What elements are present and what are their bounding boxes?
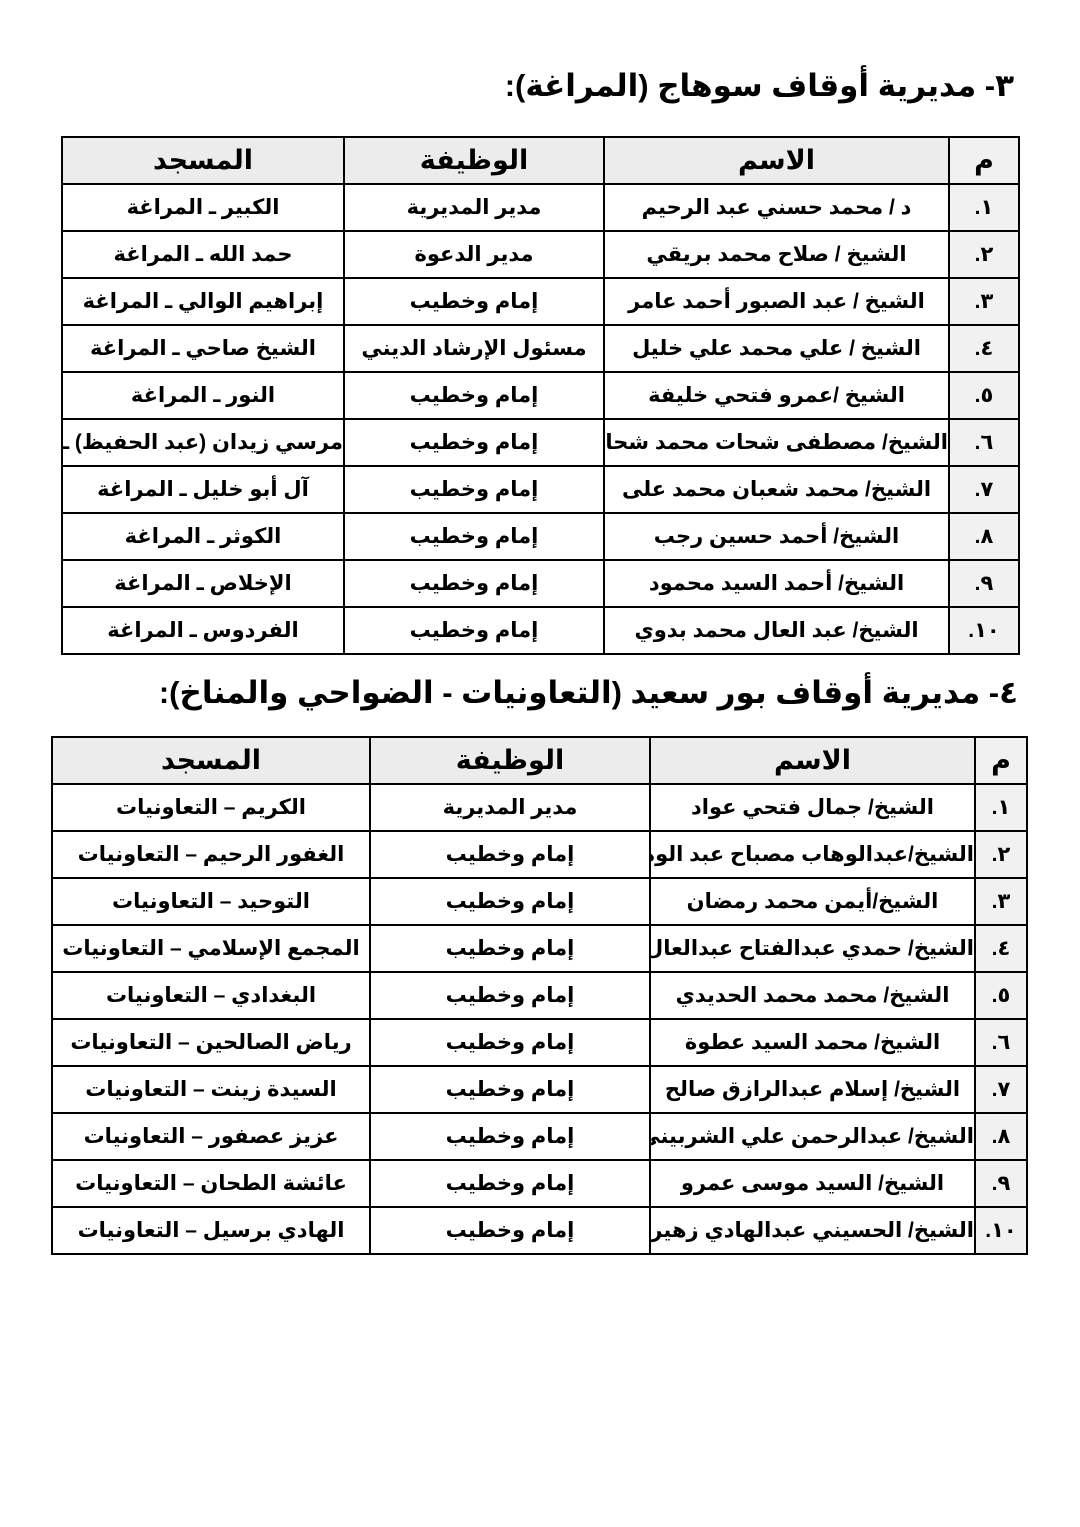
job-title: إمام وخطيب	[344, 466, 604, 513]
job-title: إمام وخطيب	[370, 878, 650, 925]
person-name: الشيخ/ أحمد حسين رجب	[604, 513, 949, 560]
mosque-name: الكبير ـ المراغة	[62, 184, 344, 231]
person-name: الشيخ/ عبد العال محمد بدوي	[604, 607, 949, 654]
person-name: الشيخ/ مصطفى شحات محمد شحاته	[604, 419, 949, 466]
mosque-name: آل أبو خليل ـ المراغة	[62, 466, 344, 513]
job-title: إمام وخطيب	[370, 1207, 650, 1254]
col-header-name: الاسم	[604, 137, 949, 184]
mosque-name: مرسي زيدان (عبد الحفيظ) ـ المراغة	[62, 419, 344, 466]
section-title-portsaid: ٤- مديرية أوقاف بور سعيد (التعاونيات - ا…	[0, 675, 1018, 711]
row-number: ٩.	[949, 560, 1019, 607]
person-name: الشيخ / صلاح محمد بريقي	[604, 231, 949, 278]
row-number: ٦.	[975, 1019, 1027, 1066]
row-number: ١٠.	[975, 1207, 1027, 1254]
job-title: مدير المديرية	[344, 184, 604, 231]
header-row: م الاسم الوظيفة المسجد	[52, 737, 1027, 784]
row-number: ٨.	[975, 1113, 1027, 1160]
row-number: ٧.	[975, 1066, 1027, 1113]
table-row: ٤. الشيخ/ حمدي عبدالفتاح عبدالعال إمام و…	[52, 925, 1027, 972]
person-name: الشيخ/أيمن محمد رمضان	[650, 878, 975, 925]
table-row: ٨. الشيخ/ أحمد حسين رجب إمام وخطيب الكوث…	[62, 513, 1019, 560]
job-title: إمام وخطيب	[370, 972, 650, 1019]
job-title: إمام وخطيب	[344, 419, 604, 466]
col-header-name: الاسم	[650, 737, 975, 784]
col-header-number: م	[949, 137, 1019, 184]
row-number: ٣.	[949, 278, 1019, 325]
row-number: ٩.	[975, 1160, 1027, 1207]
table-row: ٧. الشيخ/ محمد شعبان محمد على إمام وخطيب…	[62, 466, 1019, 513]
table-row: ٨. الشيخ/ عبدالرحمن علي الشربيني إمام وخ…	[52, 1113, 1027, 1160]
table-row: ٥. الشيخ/ محمد محمد الحديدي إمام وخطيب ا…	[52, 972, 1027, 1019]
mosque-name: حمد الله ـ المراغة	[62, 231, 344, 278]
job-title: إمام وخطيب	[370, 925, 650, 972]
col-header-job: الوظيفة	[344, 137, 604, 184]
row-number: ٨.	[949, 513, 1019, 560]
mosque-name: الكوثر ـ المراغة	[62, 513, 344, 560]
person-name: الشيخ / عبد الصبور أحمد عامر	[604, 278, 949, 325]
row-number: ٥.	[949, 372, 1019, 419]
job-title: مسئول الإرشاد الديني	[344, 325, 604, 372]
mosque-name: الشيخ صاحي ـ المراغة	[62, 325, 344, 372]
job-title: إمام وخطيب	[344, 278, 604, 325]
job-title: إمام وخطيب	[344, 372, 604, 419]
mosque-name: رياض الصالحين – التعاونيات	[52, 1019, 370, 1066]
mosque-name: إبراهيم الوالي ـ المراغة	[62, 278, 344, 325]
table-row: ١٠. الشيخ/ عبد العال محمد بدوي إمام وخطي…	[62, 607, 1019, 654]
person-name: الشيخ/ السيد موسى عمرو	[650, 1160, 975, 1207]
table-row: ٧. الشيخ/ إسلام عبدالرازق صالح إمام وخطي…	[52, 1066, 1027, 1113]
row-number: ٤.	[975, 925, 1027, 972]
table-row: ٩. الشيخ/ السيد موسى عمرو إمام وخطيب عائ…	[52, 1160, 1027, 1207]
mosque-name: المجمع الإسلامي – التعاونيات	[52, 925, 370, 972]
table-row: ١٠. الشيخ/ الحسيني عبدالهادي زهير إمام و…	[52, 1207, 1027, 1254]
person-name: الشيخ/ عبدالرحمن علي الشربيني	[650, 1113, 975, 1160]
col-header-job: الوظيفة	[370, 737, 650, 784]
row-number: ٧.	[949, 466, 1019, 513]
row-number: ٤.	[949, 325, 1019, 372]
person-name: الشيخ/ أحمد السيد محمود	[604, 560, 949, 607]
person-name: د / محمد حسني عبد الرحيم	[604, 184, 949, 231]
row-number: ٢.	[949, 231, 1019, 278]
mosque-name: التوحيد – التعاونيات	[52, 878, 370, 925]
mosque-name: الهادي برسيل – التعاونيات	[52, 1207, 370, 1254]
col-header-mosque: المسجد	[52, 737, 370, 784]
mosque-name: النور ـ المراغة	[62, 372, 344, 419]
row-number: ١٠.	[949, 607, 1019, 654]
portsaid-roster-table: م الاسم الوظيفة المسجد ١. الشيخ/ جمال فت…	[51, 736, 1028, 1255]
table-row: ٤. الشيخ / علي محمد علي خليل مسئول الإرش…	[62, 325, 1019, 372]
row-number: ٣.	[975, 878, 1027, 925]
job-title: إمام وخطيب	[344, 607, 604, 654]
section-sohag: ٣- مديرية أوقاف سوهاج (المراغة): م الاسم…	[0, 68, 1080, 655]
section-title-sohag: ٣- مديرية أوقاف سوهاج (المراغة):	[0, 68, 1014, 104]
job-title: إمام وخطيب	[344, 560, 604, 607]
mosque-name: الغفور الرحيم – التعاونيات	[52, 831, 370, 878]
table-row: ٢. الشيخ / صلاح محمد بريقي مدير الدعوة ح…	[62, 231, 1019, 278]
person-name: الشيخ/ حمدي عبدالفتاح عبدالعال	[650, 925, 975, 972]
mosque-name: عائشة الطحان – التعاونيات	[52, 1160, 370, 1207]
mosque-name: البغدادي – التعاونيات	[52, 972, 370, 1019]
person-name: الشيخ/ الحسيني عبدالهادي زهير	[650, 1207, 975, 1254]
row-number: ١.	[975, 784, 1027, 831]
job-title: مدير المديرية	[370, 784, 650, 831]
person-name: الشيخ / علي محمد علي خليل	[604, 325, 949, 372]
mosque-name: السيدة زينت – التعاونيات	[52, 1066, 370, 1113]
job-title: إمام وخطيب	[344, 513, 604, 560]
job-title: إمام وخطيب	[370, 831, 650, 878]
person-name: الشيخ/ إسلام عبدالرازق صالح	[650, 1066, 975, 1113]
table-row: ١. الشيخ/ جمال فتحي عواد مدير المديرية ا…	[52, 784, 1027, 831]
job-title: إمام وخطيب	[370, 1113, 650, 1160]
table-row: ٣. الشيخ / عبد الصبور أحمد عامر إمام وخط…	[62, 278, 1019, 325]
row-number: ٢.	[975, 831, 1027, 878]
job-title: مدير الدعوة	[344, 231, 604, 278]
col-header-mosque: المسجد	[62, 137, 344, 184]
mosque-name: عزيز عصفور – التعاونيات	[52, 1113, 370, 1160]
header-row: م الاسم الوظيفة المسجد	[62, 137, 1019, 184]
person-name: الشيخ /عمرو فتحي خليفة	[604, 372, 949, 419]
person-name: الشيخ/ محمد السيد عطوة	[650, 1019, 975, 1066]
table-row: ٦. الشيخ/ محمد السيد عطوة إمام وخطيب ريا…	[52, 1019, 1027, 1066]
row-number: ٥.	[975, 972, 1027, 1019]
document-page: ٣- مديرية أوقاف سوهاج (المراغة): م الاسم…	[0, 0, 1080, 1527]
mosque-name: الفردوس ـ المراغة	[62, 607, 344, 654]
table-row: ٩. الشيخ/ أحمد السيد محمود إمام وخطيب ال…	[62, 560, 1019, 607]
person-name: الشيخ/ محمد محمد الحديدي	[650, 972, 975, 1019]
table-row: ١. د / محمد حسني عبد الرحيم مدير المديري…	[62, 184, 1019, 231]
section-portsaid: ٤- مديرية أوقاف بور سعيد (التعاونيات - ا…	[0, 675, 1080, 1256]
mosque-name: الكريم – التعاونيات	[52, 784, 370, 831]
table-row: ٣. الشيخ/أيمن محمد رمضان إمام وخطيب التو…	[52, 878, 1027, 925]
job-title: إمام وخطيب	[370, 1066, 650, 1113]
job-title: إمام وخطيب	[370, 1160, 650, 1207]
row-number: ٦.	[949, 419, 1019, 466]
mosque-name: الإخلاص ـ المراغة	[62, 560, 344, 607]
sohag-roster-table: م الاسم الوظيفة المسجد ١. د / محمد حسني …	[61, 136, 1020, 655]
person-name: الشيخ/ جمال فتحي عواد	[650, 784, 975, 831]
job-title: إمام وخطيب	[370, 1019, 650, 1066]
person-name: الشيخ/ محمد شعبان محمد على	[604, 466, 949, 513]
table-row: ٦. الشيخ/ مصطفى شحات محمد شحاته إمام وخط…	[62, 419, 1019, 466]
table-row: ٥. الشيخ /عمرو فتحي خليفة إمام وخطيب الن…	[62, 372, 1019, 419]
table-row: ٢. الشيخ/عبدالوهاب مصباح عبد الوهاب إمام…	[52, 831, 1027, 878]
col-header-number: م	[975, 737, 1027, 784]
row-number: ١.	[949, 184, 1019, 231]
person-name: الشيخ/عبدالوهاب مصباح عبد الوهاب	[650, 831, 975, 878]
